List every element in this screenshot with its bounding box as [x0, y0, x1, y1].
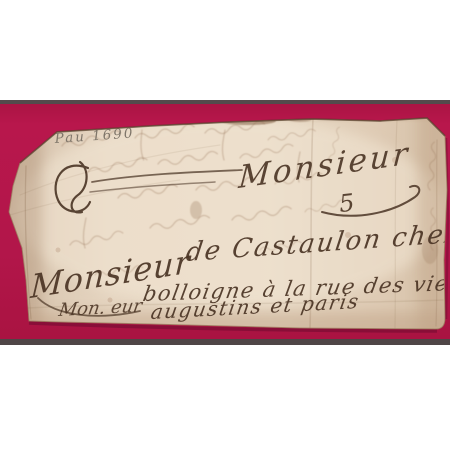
letter-photo: Pau 1690 Monsieur 5 de Castaulon chez Mo…: [0, 100, 450, 345]
postal-rate-marking: 5: [338, 189, 356, 218]
folded-letter-paper: Pau 1690 Monsieur 5 de Castaulon chez Mo…: [0, 100, 450, 345]
folded-letter-illustration: Pau 1690 Monsieur 5 de Castaulon chez Mo…: [0, 100, 450, 345]
page-background: Pau 1690 Monsieur 5 de Castaulon chez Mo…: [0, 0, 450, 450]
